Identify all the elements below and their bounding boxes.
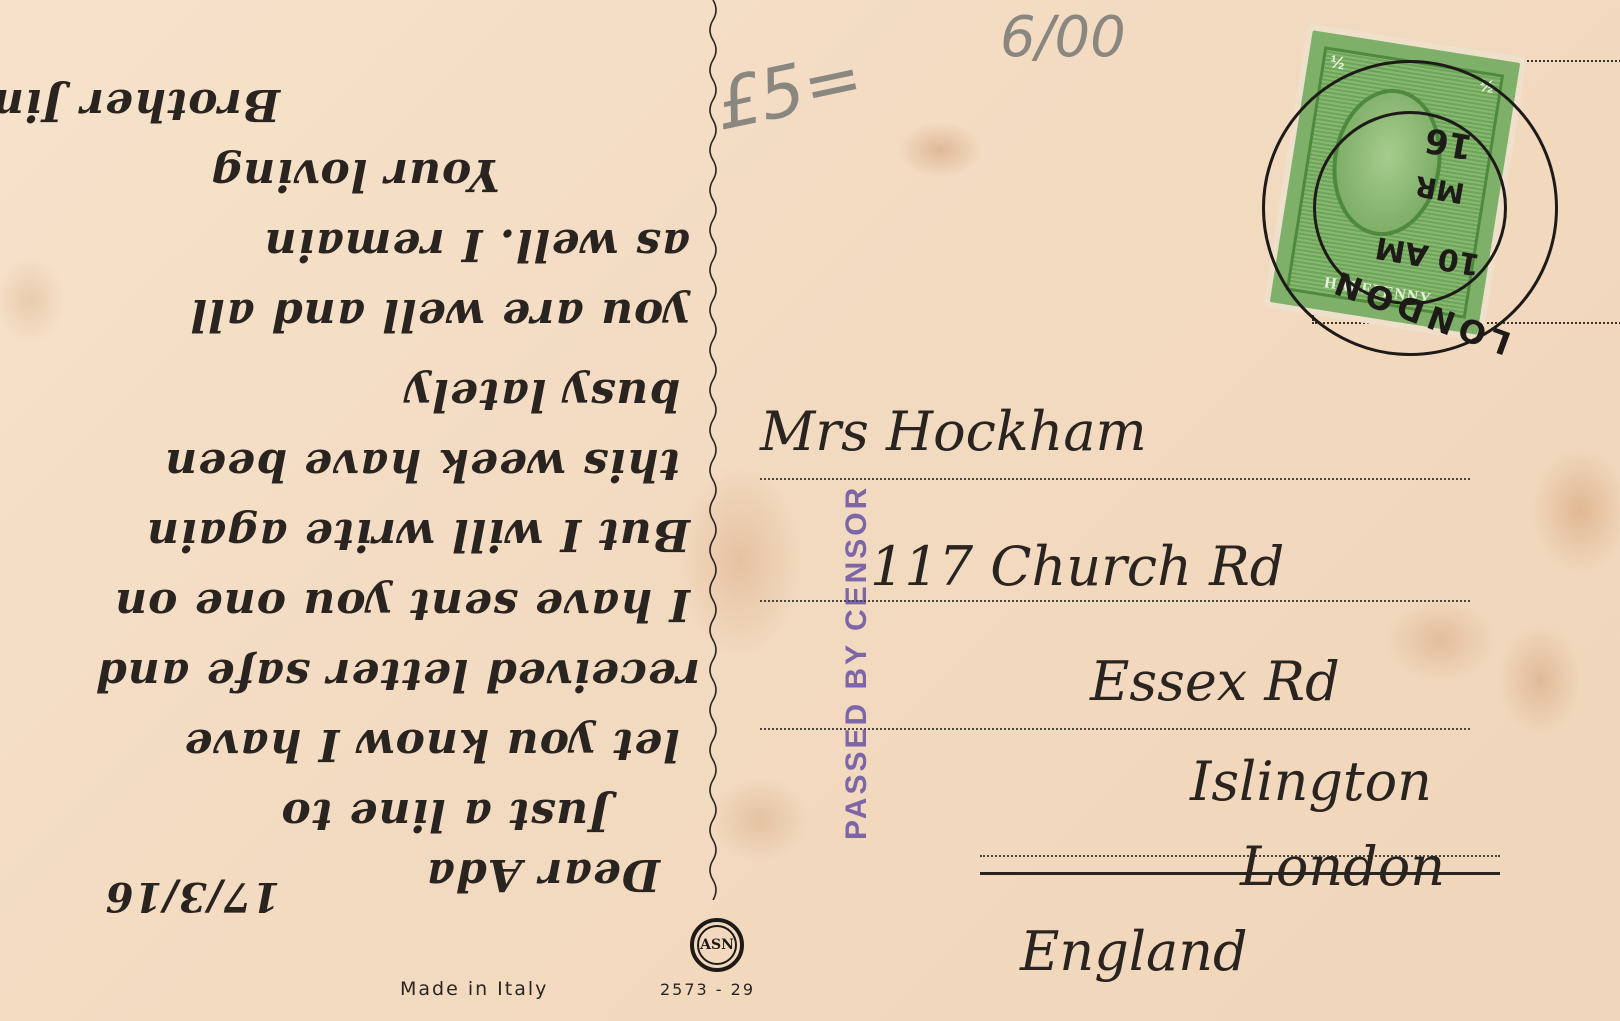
pencil-price-note: £5= — [708, 36, 870, 147]
address-rule — [760, 600, 1470, 602]
pencil-code-note: 6/00 — [1000, 5, 1126, 70]
address-rule — [760, 478, 1470, 480]
address-line-1: 117 Church Rd — [870, 535, 1284, 598]
message-line: Your loving — [210, 149, 500, 200]
publisher-logo-icon: ASN — [690, 918, 744, 972]
address-line-3: Islington — [1190, 750, 1432, 813]
message-date: 17/3/16 — [105, 873, 280, 920]
message-line: busy lately — [405, 369, 680, 420]
message-line: this week have been — [164, 439, 680, 490]
address-name: Mrs Hockham — [760, 400, 1147, 463]
message-line: let you know I have — [183, 719, 680, 770]
message-line: I have sent you one on — [114, 579, 690, 630]
message-line: Dear Ada — [425, 849, 660, 900]
message-line: Just a line to — [281, 789, 610, 840]
postcard-back: Dear Ada Just a line to let you know I h… — [0, 0, 1620, 1021]
handwritten-message: Dear Ada Just a line to let you know I h… — [20, 20, 700, 920]
message-line: received letter safe and — [95, 649, 700, 700]
message-line: as well. I remain — [264, 219, 690, 270]
postmark-year: 16 — [1422, 119, 1476, 167]
address-rule — [760, 728, 1470, 730]
message-line: you are well and all — [190, 289, 690, 340]
made-in-italy-label: Made in Italy — [400, 978, 548, 1000]
address-line-4: London — [1240, 835, 1445, 898]
message-signature: Brother Jim — [0, 79, 280, 130]
address-line-2: Essex Rd — [1090, 650, 1340, 713]
postmark: 10 AM MR 16 LONDON — [1262, 60, 1558, 356]
catalog-number: 2573 - 29 — [660, 980, 755, 999]
message-line: But I will write again — [146, 509, 690, 560]
address-country: England — [1020, 920, 1248, 983]
divider-wavy-line — [706, 0, 720, 900]
